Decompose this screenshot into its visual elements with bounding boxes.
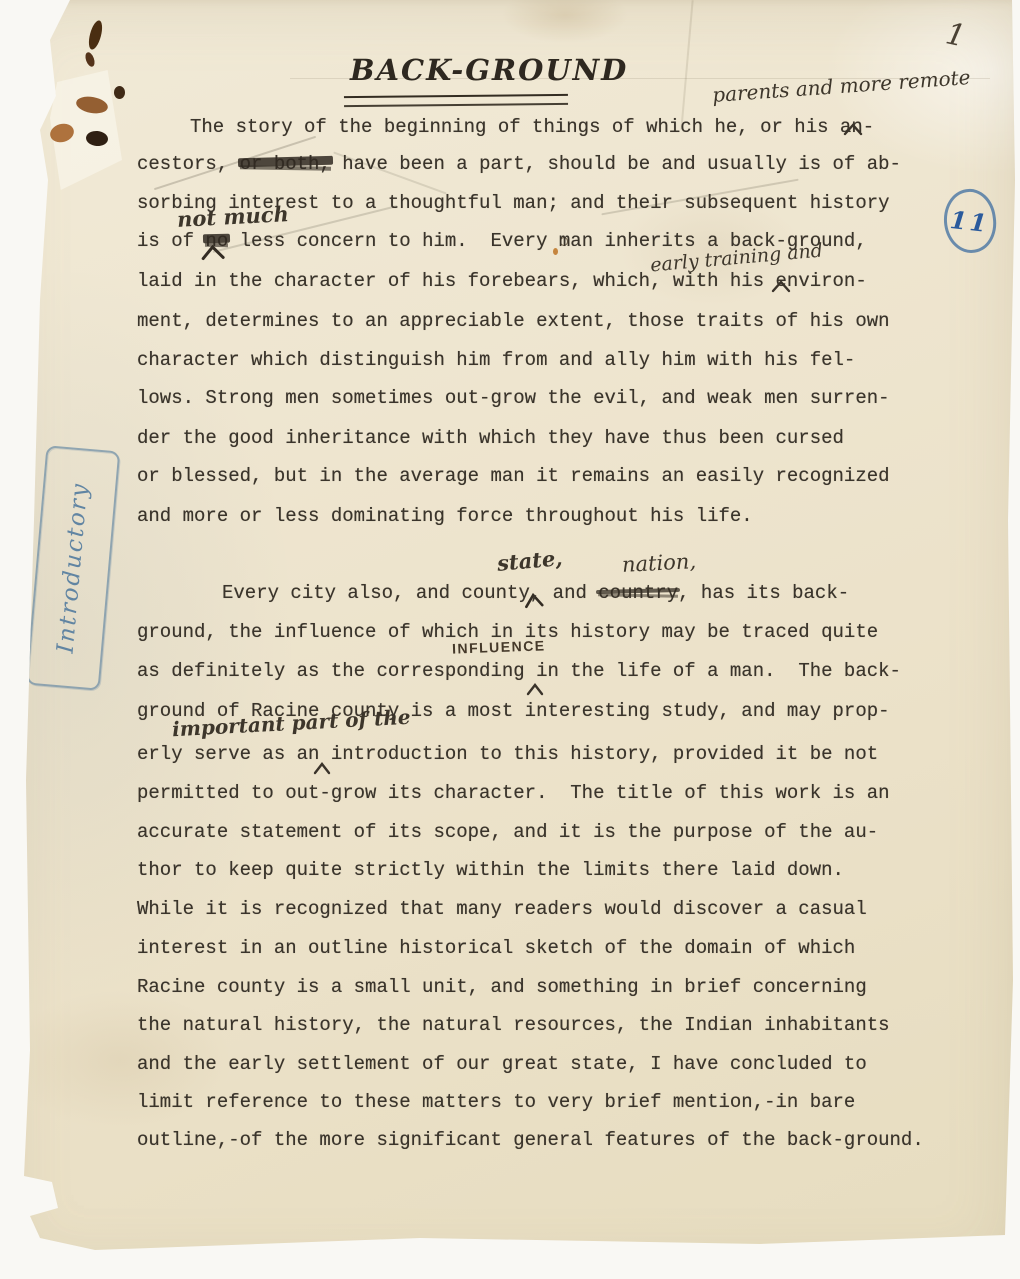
typed-text: in the life of a man. The back-: [525, 660, 901, 682]
typed-line: cestors, or both, have been a part, shou…: [137, 152, 901, 176]
typed-text: have been a part, should be and usually …: [331, 153, 901, 175]
handwritten-state: state,: [496, 545, 563, 576]
typed-line: limit reference to these matters to very…: [137, 1090, 855, 1114]
typed-line: permitted to out-grow its character. The…: [137, 781, 890, 805]
typed-text: laid in the character of his forebears, …: [137, 270, 764, 292]
page-title: BACK-GROUND: [350, 53, 628, 87]
typed-line: is of no less concern to him. Every man …: [137, 229, 867, 253]
typed-text: The story of the beginning of things of …: [190, 116, 829, 138]
paper-stain: [86, 19, 104, 51]
typed-line: laid in the character of his forebears, …: [137, 269, 867, 293]
typed-line: thor to keep quite strictly within the l…: [137, 858, 844, 882]
typed-line: sorbing interest to a thoughtful man; an…: [137, 191, 890, 215]
manuscript-page: 1 BACK-GROUND parents and more remote no…: [0, 0, 1020, 1279]
typed-text: Every city also, and county,: [222, 582, 541, 604]
paper-crease: [680, 0, 693, 130]
page-number: 1: [943, 16, 969, 54]
blue-circled-number: 11: [940, 186, 1000, 257]
typed-line: as definitely as the corresponding in th…: [137, 659, 901, 683]
handwritten-nation: nation,: [621, 549, 696, 577]
typed-line: ment, determines to an appreciable exten…: [137, 309, 890, 333]
typed-text: and: [541, 582, 598, 604]
typed-text: as definitely as the corresponding: [137, 660, 525, 682]
typed-line: character which distinguish him from and…: [137, 348, 855, 372]
paper-stain: [84, 51, 97, 68]
typed-line: lows. Strong men sometimes out-grow the …: [137, 386, 890, 410]
typed-text: an-: [829, 116, 875, 138]
margin-note-text: Introductory: [53, 481, 94, 654]
handwritten-insert-top: parents and more remote: [711, 65, 971, 107]
typed-text: less concern to him. Every man inherits …: [228, 230, 867, 252]
typed-line: erly serve as an introduction to this hi…: [137, 742, 878, 766]
paper-stain: [114, 86, 125, 99]
typed-line: or blessed, but in the average man it re…: [137, 464, 890, 488]
blue-number-text: 11: [949, 205, 991, 238]
struck-text: no: [205, 229, 228, 253]
typed-line: ground of Racine county is a most intere…: [137, 699, 890, 723]
typed-line: outline,-of the more significant general…: [137, 1128, 924, 1152]
typed-line: der the good inheritance with which they…: [137, 426, 844, 450]
struck-text: or both,: [240, 152, 331, 176]
typed-line: and the early settlement of our great st…: [137, 1052, 867, 1076]
typed-text: environ-: [764, 270, 867, 292]
typed-text: introduction to this history, provided i…: [319, 743, 878, 765]
typed-line: and more or less dominating force throug…: [137, 504, 753, 528]
typed-line: The story of the beginning of things of …: [137, 115, 874, 139]
typed-text: erly serve as an: [137, 743, 319, 765]
title-underline: [344, 94, 568, 107]
struck-text: country: [598, 581, 678, 605]
typed-text: is of: [137, 230, 205, 252]
typed-text: , has its back-: [678, 582, 849, 604]
typed-line: Racine county is a small unit, and somet…: [137, 975, 867, 999]
typed-line: the natural history, the natural resourc…: [137, 1013, 890, 1037]
typed-line: ground, the influence of which in its hi…: [137, 620, 878, 644]
typed-line: interest in an outline historical sketch…: [137, 936, 855, 960]
typed-line: While it is recognized that many readers…: [137, 897, 867, 921]
margin-note-box: Introductory: [26, 445, 121, 691]
typed-line: accurate statement of its scope, and it …: [137, 820, 878, 844]
typed-line: Every city also, and county, and country…: [137, 581, 849, 605]
typed-text: cestors,: [137, 153, 240, 175]
